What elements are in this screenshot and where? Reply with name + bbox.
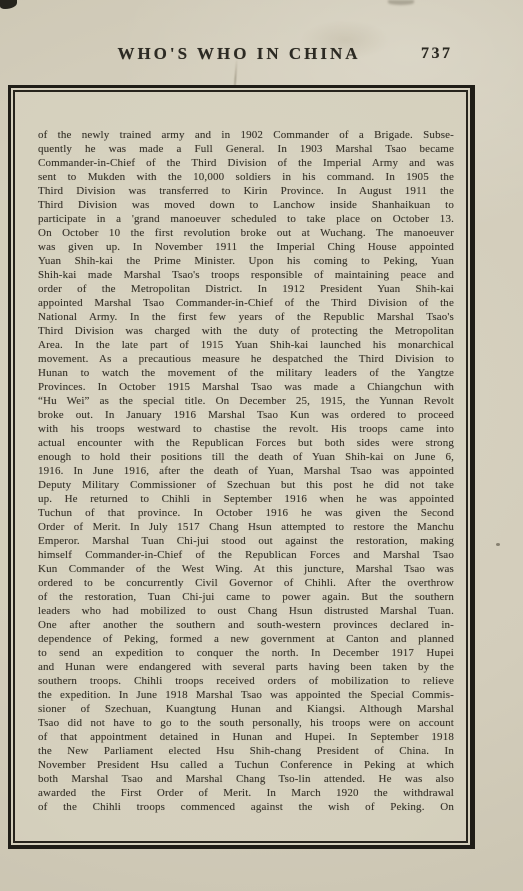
text-line: Kun Commander of the West Wing. At this … xyxy=(38,562,454,576)
text-line: himself Commander-in-Chief of the Republ… xyxy=(38,548,454,562)
text-line: broke out. In January 1916 Marshal Tsao … xyxy=(38,408,454,422)
text-line: Tsao did not have to go to the south per… xyxy=(38,716,454,730)
text-line: quently he was made a Full General. In 1… xyxy=(38,142,454,156)
page-title: WHO'S WHO IN CHINA xyxy=(0,44,478,64)
text-line: actual encounter with the Republican For… xyxy=(38,436,454,450)
text-line: leaders who had mobilized to oust Chang … xyxy=(38,604,454,618)
text-line: Yuan Shih-kai the Prime Minister. Upon h… xyxy=(38,254,454,268)
text-line: order of the Metropolitan District. In 1… xyxy=(38,282,454,296)
text-line: both Marshal Tsao and Marshal Chang Tso-… xyxy=(38,772,454,786)
text-line: Order of Merit. In July 1517 Chang Hsun … xyxy=(38,520,454,534)
text-line: National Army. In the first few years of… xyxy=(38,310,454,324)
text-line: Third Division was transferred to Kirin … xyxy=(38,184,454,198)
text-line: participate in a 'grand manoeuver schedu… xyxy=(38,212,454,226)
scan-corner-mark xyxy=(0,0,17,9)
text-line: awarded the First Order of Merit. In Mar… xyxy=(38,786,454,800)
text-line: Emperor. Marshal Tuan Chi-jui stood out … xyxy=(38,534,454,548)
text-line: southern troops. Chihli troops received … xyxy=(38,674,454,688)
text-line: was given up. In November 1911 the Imper… xyxy=(38,240,454,254)
text-line: sioner of Szechuan, Kuangtung Hunan and … xyxy=(38,702,454,716)
text-line: Deputy Military Commissioner of Szechuan… xyxy=(38,478,454,492)
text-line: Provinces. In October 1915 Marshal Tsao … xyxy=(38,380,454,394)
text-line: Hunan to watch the movement of the milit… xyxy=(38,366,454,380)
text-border-frame-inner: of the newly trained army and in 1902 Co… xyxy=(13,90,468,843)
text-line: with his troops westward to chastise the… xyxy=(38,422,454,436)
running-header: WHO'S WHO IN CHINA 737 xyxy=(0,44,523,70)
text-line: to send an expedition to conquer the nor… xyxy=(38,646,454,660)
text-line: of that appointment detained in Hunan an… xyxy=(38,730,454,744)
text-line: Third Division was charged with the duty… xyxy=(38,324,454,338)
biography-text: of the newly trained army and in 1902 Co… xyxy=(38,128,454,814)
text-line: the expedition. In June 1918 Marshal Tsa… xyxy=(38,688,454,702)
text-line: One after another the southern and south… xyxy=(38,618,454,632)
text-line: Commander-in-Chief of the Third Division… xyxy=(38,156,454,170)
text-line: enough to hold their positions till the … xyxy=(38,450,454,464)
text-line: 1916. In June 1916, after the death of Y… xyxy=(38,464,454,478)
text-line: Tuchun of that province. In October 1916… xyxy=(38,506,454,520)
paper-stain xyxy=(388,0,414,5)
text-line: On October 10 the first revolution broke… xyxy=(38,226,454,240)
text-line: of the Chihli troops commenced against t… xyxy=(38,800,454,814)
text-border-frame: of the newly trained army and in 1902 Co… xyxy=(8,85,475,849)
text-line: dependence of Peking, formed a new gover… xyxy=(38,632,454,646)
text-line: of the restoration, Tuan Chi-jui came to… xyxy=(38,590,454,604)
text-line: “Hu Wei” as the special title. On Decemb… xyxy=(38,394,454,408)
text-line: up. He returned to Chihli in September 1… xyxy=(38,492,454,506)
text-line: the New Parliament elected Hsu Shih-chan… xyxy=(38,744,454,758)
page-number: 737 xyxy=(421,45,453,63)
text-line: November President Hsu called a Tuchun C… xyxy=(38,758,454,772)
ink-speck xyxy=(496,543,500,546)
text-line: Shih-kai made Marshal Tsao's troops resp… xyxy=(38,268,454,282)
text-line: sent to Mukden with the 10,000 soldiers … xyxy=(38,170,454,184)
text-line: movement. As a precautious measure he de… xyxy=(38,352,454,366)
text-line: ordered to be concurrently Civil Governo… xyxy=(38,576,454,590)
text-line: of the newly trained army and in 1902 Co… xyxy=(38,128,454,142)
text-line: Third Division was moved down to Lanchow… xyxy=(38,198,454,212)
text-line: appointed Marshal Tsao Commander-in-Chie… xyxy=(38,296,454,310)
text-line: Area. In the late part of 1915 Yuan Shih… xyxy=(38,338,454,352)
text-line: and Hunan were endangered with several p… xyxy=(38,660,454,674)
